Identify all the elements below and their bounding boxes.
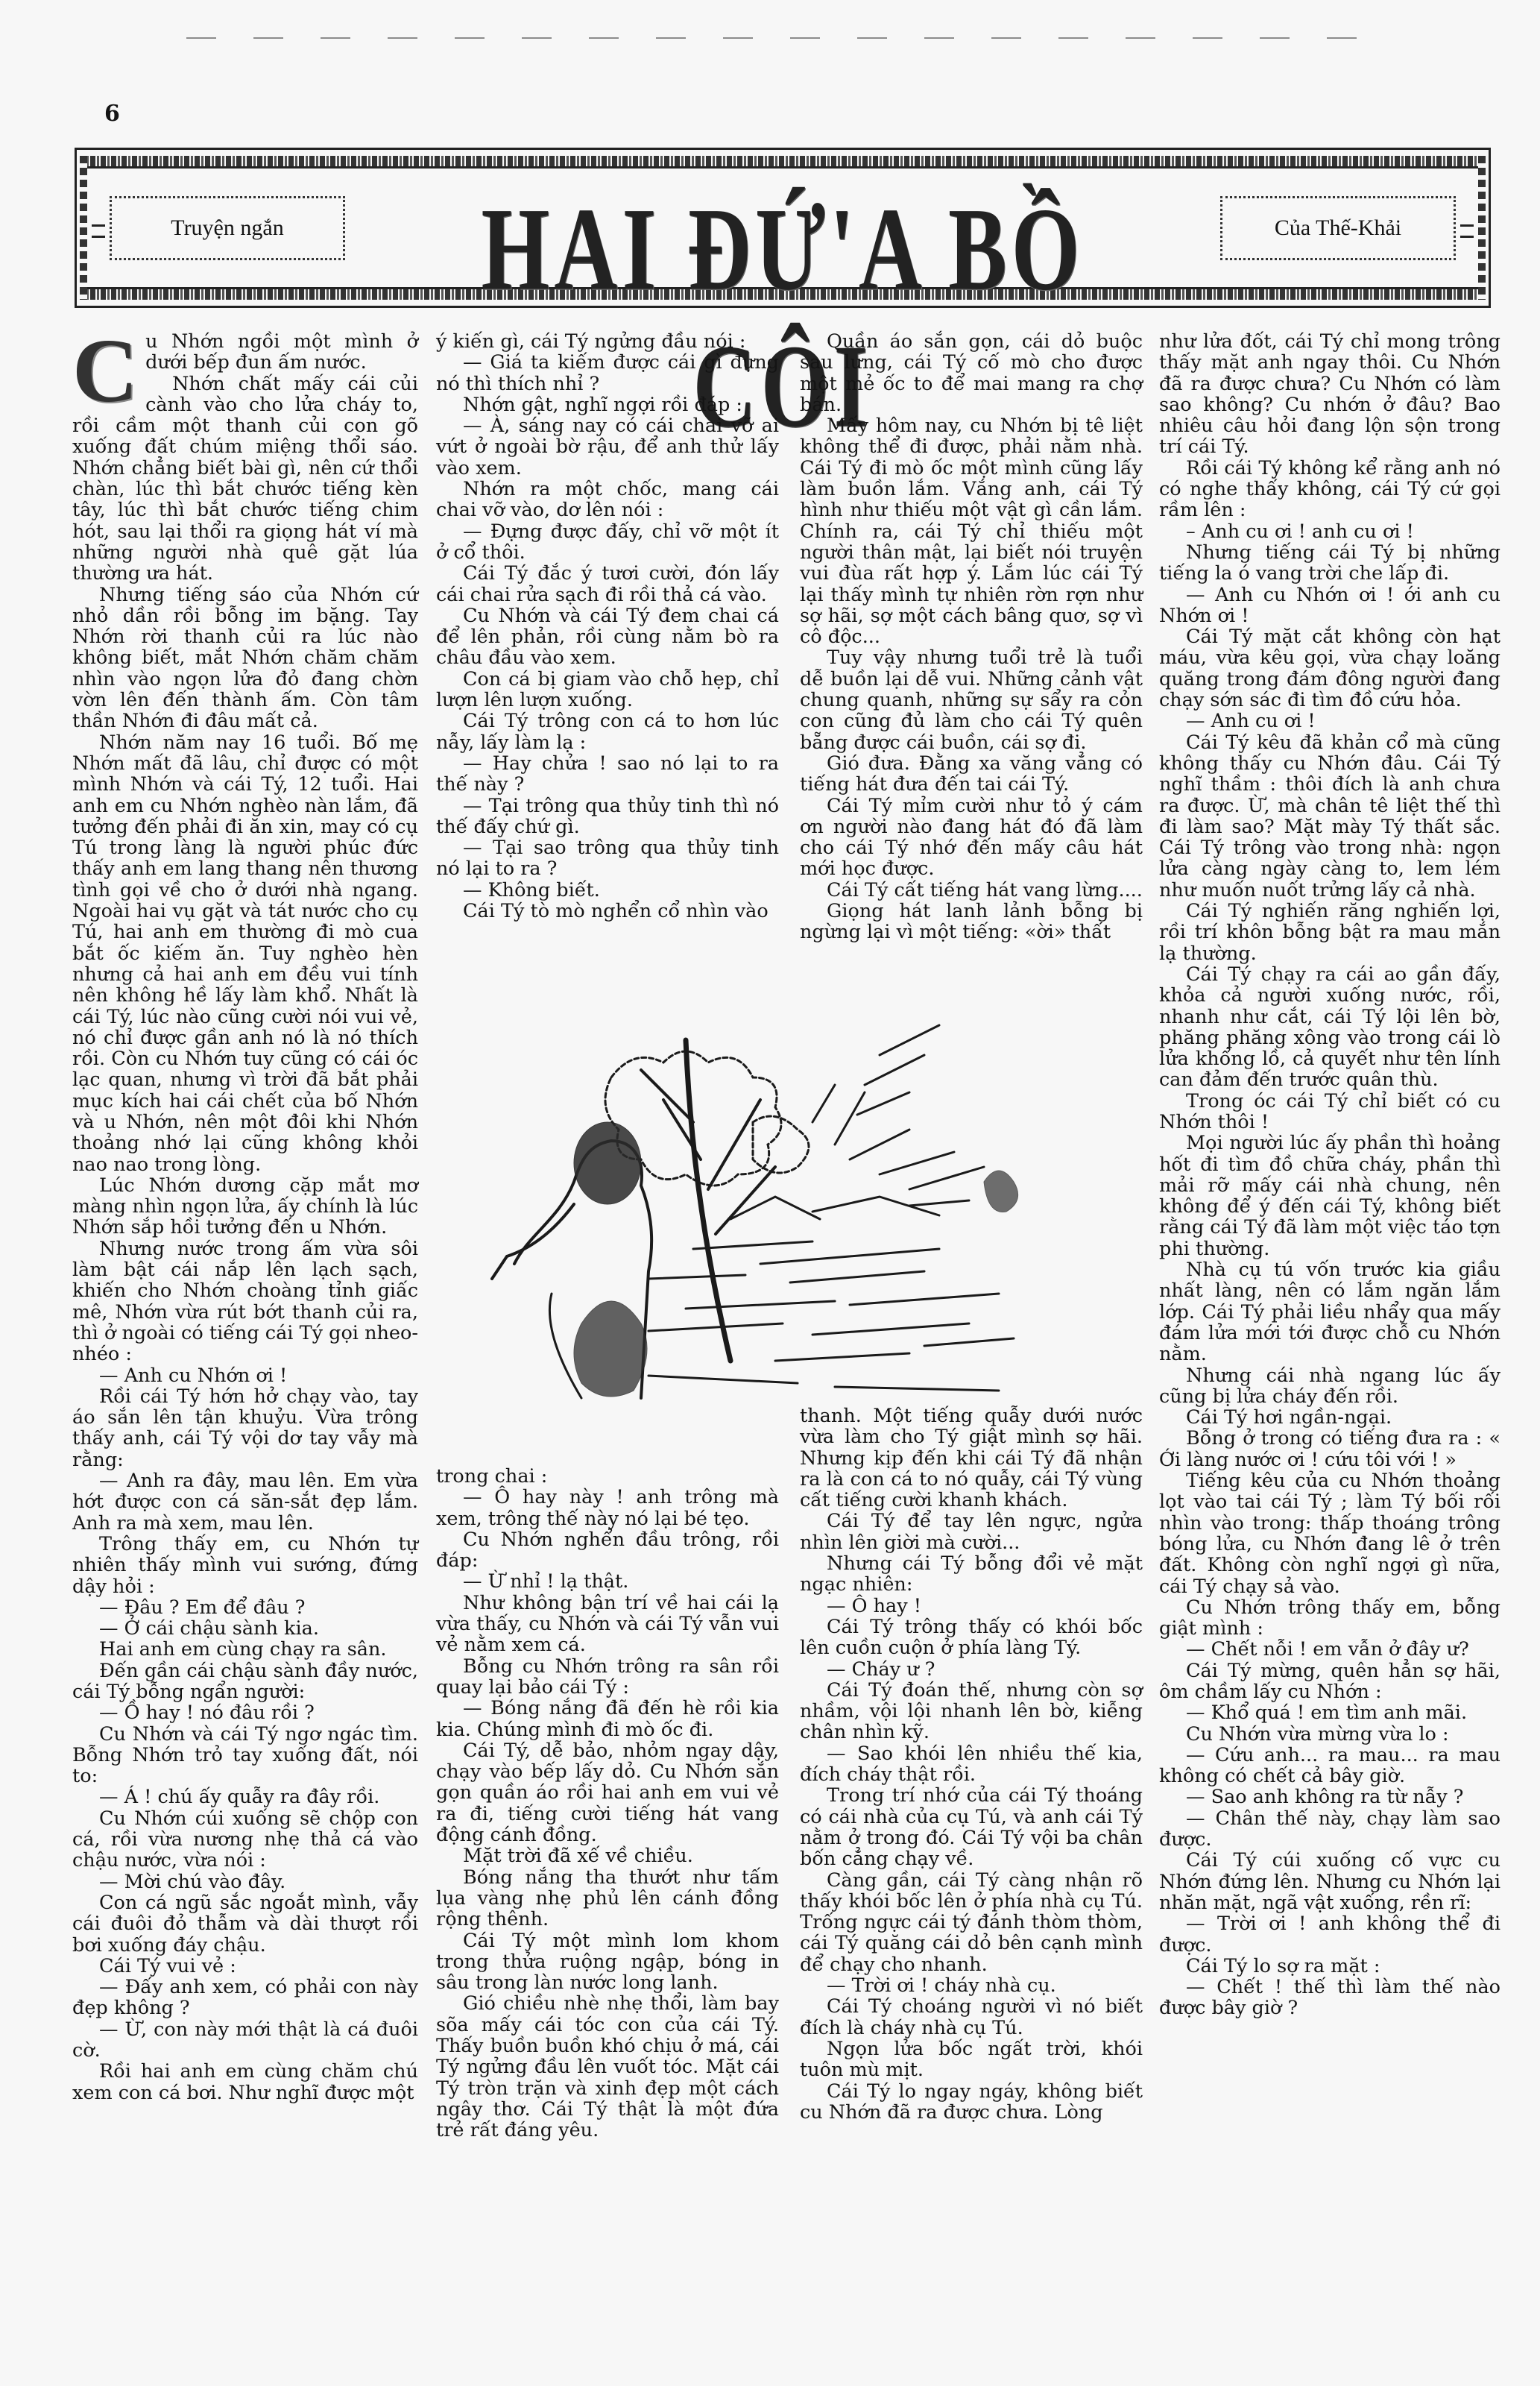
paragraph: Gió chiều nhè nhẹ thổi, làm bay sõa mấy … xyxy=(436,1993,779,2141)
paragraph: như lửa đốt, cái Tý chỉ mong trông thấy … xyxy=(1159,331,1500,458)
paragraph: — Chết nỗi ! em vẫn ở đây ư? xyxy=(1159,1639,1500,1660)
paragraph: Bỗng ở trong có tiếng đưa ra : « Ới làng… xyxy=(1159,1428,1500,1470)
paragraph: — Mời chú vào đây. xyxy=(72,1872,418,1892)
paragraph: — Anh cu Nhớn ơi ! ới anh cu Nhớn ơi ! xyxy=(1159,585,1500,627)
paragraph: Cái Tý kêu đã khản cổ mà cũng không thấy… xyxy=(1159,732,1500,901)
paragraph: — Đựng được đấy, chỉ vỡ một ít ở cổ thôi… xyxy=(436,521,779,564)
ornament-dash-left xyxy=(92,224,105,238)
paragraph: Như không bận trí về hai cái lạ vừa thấy… xyxy=(436,1593,779,1656)
paragraph: — Đâu ? Em để đâu ? xyxy=(72,1597,418,1618)
paragraph: Cu Nhớn nghển đầu trông, rồi đáp: xyxy=(436,1529,779,1572)
paragraph: — Sao khói lên nhiều thế kia, đích cháy … xyxy=(800,1743,1143,1786)
paragraph: — Sao anh không ra từ nẫy ? xyxy=(1159,1787,1500,1807)
article-column-2-top: ý kiến gì, cái Tý ngửng đầu nói :— Giá t… xyxy=(436,331,779,922)
illustration-image xyxy=(462,1010,1044,1413)
paragraph: — Trời ơi ! anh không thể đi được. xyxy=(1159,1913,1500,1956)
paragraph: Đến gần cái chậu sành đầy nước, cái Tý b… xyxy=(72,1661,418,1703)
paragraph: — Giá ta kiếm được cái gì đựng nó thì th… xyxy=(436,352,779,394)
paragraph: Nhưng cái Tý bỗng đổi vẻ mặt ngạc nhiên: xyxy=(800,1553,1143,1596)
paragraph: Càng gần, cái Tý càng nhận rõ thấy khói … xyxy=(800,1870,1143,1975)
paragraph: Trong trí nhớ của cái Tý thoáng có cái n… xyxy=(800,1785,1143,1869)
paragraph: Nhớn năm nay 16 tuổi. Bố mẹ Nhớn mất đã … xyxy=(72,732,418,1175)
paragraph: — Đấy anh xem, có phải con này đẹp không… xyxy=(72,1977,418,2019)
paragraph: Cái Tý để tay lên ngực, ngửa nhìn lên gi… xyxy=(800,1511,1143,1553)
paragraph: — Trời ơi ! cháy nhà cụ. xyxy=(800,1975,1143,1996)
paragraph: Quần áo sắn gọn, cái dỏ buộc sau lưng, c… xyxy=(800,331,1143,415)
ornamental-border-right xyxy=(1478,156,1486,300)
paragraph: Cái Tý trông thấy có khói bốc lên cuồn c… xyxy=(800,1617,1143,1659)
paragraph: Mặt trời đã xế về chiều. xyxy=(436,1845,779,1866)
paragraph: Rồi cái Tý không kể rằng anh nó có nghe … xyxy=(1159,458,1500,521)
section-label: Truyện ngắn xyxy=(110,196,345,260)
paragraph: Tiếng kêu của cu Nhớn thoảng lọt vào tai… xyxy=(1159,1470,1500,1597)
paragraph: Trông thấy em, cu Nhớn tự nhiên thấy mìn… xyxy=(72,1534,418,1597)
ornamental-border-top xyxy=(80,156,1486,169)
paragraph: Cái Tý trông con cá to hơn lúc nẫy, lấy … xyxy=(436,711,779,753)
paragraph: Bóng nắng tha thướt như tấm lụa vàng nhẹ… xyxy=(436,1867,779,1930)
paragraph: Cu Nhớn cúi xuống sẽ chộp con cá, rồi vừ… xyxy=(72,1808,418,1872)
paragraph: Mọi người lúc ấy phần thì hoảng hốt đi t… xyxy=(1159,1133,1500,1259)
paragraph: — Anh cu Nhớn ơi ! xyxy=(72,1365,418,1386)
paragraph: Cái Tý, dễ bảo, nhỏm ngay dậy, chạy vào … xyxy=(436,1740,779,1845)
paragraph: Nhớn ra một chốc, mang cái chai vỡ vào, … xyxy=(436,479,779,521)
paragraph: — Ở cái chậu sành kia. xyxy=(72,1618,418,1639)
article-column-3-bottom: thanh. Một tiếng quẫy dưới nước vừa làm … xyxy=(800,1406,1143,2123)
paragraph: Con cá bị giam vào chỗ hẹp, chỉ lượn lên… xyxy=(436,669,779,711)
paragraph: — Hay chửa ! sao nó lại to ra thế này ? xyxy=(436,753,779,796)
top-margin-rule xyxy=(186,37,1379,39)
drop-cap: C xyxy=(72,334,138,409)
paragraph: Cái Tý mừng, quên hẳn sợ hãi, ôm chầm lấ… xyxy=(1159,1661,1500,1703)
paragraph: — Không biết. xyxy=(436,880,779,901)
paragraph: — Khổ quá ! em tìm anh mãi. xyxy=(1159,1702,1500,1723)
paragraph: — Chân thế này, chạy làm sao được. xyxy=(1159,1808,1500,1851)
paragraph: Cái Tý một mình lom khom trong thửa ruộn… xyxy=(436,1930,779,1994)
paragraph: — Cháy ư ? xyxy=(800,1659,1143,1680)
paragraph: Cu Nhớn ngồi một mình ở dưới bếp đun ấm … xyxy=(72,331,418,374)
ornamental-border-left xyxy=(80,156,87,300)
paragraph: — Ô hay này ! anh trông mà xem, trông th… xyxy=(436,1487,779,1529)
article-column-3-top: Quần áo sắn gọn, cái dỏ buộc sau lưng, c… xyxy=(800,331,1143,943)
paragraph: ý kiến gì, cái Tý ngửng đầu nói : xyxy=(436,331,779,352)
paragraph: Cái Tý choáng người vì nó biết đích là c… xyxy=(800,1996,1143,2039)
paragraph: Cái Tý mỉm cười như tỏ ý cám ơn người nà… xyxy=(800,796,1143,880)
paragraph: Cái Tý lo ngay ngáy, không biết cu Nhớn … xyxy=(800,2081,1143,2124)
paragraph: Cái Tý đoán thế, nhưng còn sợ nhầm, vội … xyxy=(800,1680,1143,1743)
paragraph: Cái Tý cúi xuống cố vực cu Nhớn đứng lên… xyxy=(1159,1850,1500,1913)
paragraph: Mấy hôm nay, cu Nhớn bị tê liệt không th… xyxy=(800,415,1143,647)
paragraph: Gió đưa. Đằng xa văng vẳng có tiếng hát … xyxy=(800,753,1143,796)
paragraph: Bỗng cu Nhớn trông ra sân rồi quay lại b… xyxy=(436,1656,779,1699)
paragraph: – Anh cu ơi ! anh cu ơi ! xyxy=(1159,521,1500,542)
paragraph: Cái Tý mặt cắt không còn hạt máu, vừa kê… xyxy=(1159,626,1500,711)
paragraph: — Ừ, con này mới thật là cá đuôi cờ. xyxy=(72,2019,418,2062)
paragraph: Nhớn gật, nghĩ ngợi rồi đáp : xyxy=(436,394,779,415)
paragraph: — Cứu anh... ra mau... ra mau không có c… xyxy=(1159,1745,1500,1787)
paragraph: Cái Tý tò mò nghển cổ nhìn vào xyxy=(436,901,779,922)
paragraph: Nhưng tiếng cái Tý bị những tiếng la ó v… xyxy=(1159,542,1500,585)
paragraph: Ngọn lửa bốc ngất trời, khói tuôn mù mịt… xyxy=(800,2039,1143,2081)
title-banner: Truyện ngắn HAI ĐỨ'A BỒ CÔI Của Thế-Khải xyxy=(75,148,1491,308)
paragraph: Rồi hai anh em cùng chăm chú xem con cá … xyxy=(72,2061,418,2103)
paragraph: Con cá ngũ sắc ngoắt mình, vẫy cái đuôi … xyxy=(72,1892,418,1956)
paragraph: Cu Nhớn vừa mừng vừa lo : xyxy=(1159,1724,1500,1745)
paragraph: Nhưng cái nhà ngang lúc ấy cũng bị lửa c… xyxy=(1159,1365,1500,1408)
ornament-dash-right xyxy=(1460,224,1474,238)
paragraph: — Tại sao trông qua thủy tinh nó lại to … xyxy=(436,837,779,880)
paragraph: — Anh ra đây, mau lên. Em vừa hớt được c… xyxy=(72,1470,418,1534)
paragraph: — Ồ hay ! nó đâu rồi ? xyxy=(72,1702,418,1723)
paragraph: Cái Tý cất tiếng hát vang lừng.... xyxy=(800,880,1143,901)
paragraph: Cái Tý chạy ra cái ao gần đấy, khỏa cả n… xyxy=(1159,964,1500,1091)
article-column-4: như lửa đốt, cái Tý chỉ mong trông thấy … xyxy=(1159,331,1500,2019)
paragraph: Cái Tý lo sợ ra mặt : xyxy=(1159,1956,1500,1977)
paragraph: — Tại trông qua thủy tinh thì nó thế đấy… xyxy=(436,796,779,838)
paragraph: — À, sáng nay có cái chai vỡ ai vứt ở ng… xyxy=(436,415,779,479)
paragraph: Cái Tý vui vẻ : xyxy=(72,1956,418,1977)
paragraph: Rồi cái Tý hớn hở chạy vào, tay áo sắn l… xyxy=(72,1386,418,1470)
byline: Của Thế-Khải xyxy=(1220,196,1456,260)
paragraph: — Ô hay ! xyxy=(800,1596,1143,1617)
paragraph: Cu Nhớn và cái Tý ngơ ngác tìm. Bỗng Nhớ… xyxy=(72,1724,418,1787)
paragraph: — Ừ nhỉ ! lạ thật. xyxy=(436,1571,779,1592)
paragraph: Giọng hát lanh lảnh bỗng bị ngừng lại vì… xyxy=(800,901,1143,943)
paragraph: thanh. Một tiếng quẫy dưới nước vừa làm … xyxy=(800,1406,1143,1511)
paragraph: — Chết ! thế thì làm thế nào được bây gi… xyxy=(1159,1977,1500,2019)
paragraph: Cu Nhớn trông thấy em, bỗng giật mình : xyxy=(1159,1597,1500,1640)
paragraph: — Á ! chú ấy quẫy ra đây rồi. xyxy=(72,1787,418,1807)
paragraph: Nhà cụ tú vốn trước kia giầu nhất làng, … xyxy=(1159,1259,1500,1364)
article-column-1: Cu Nhớn ngồi một mình ở dưới bếp đun ấm … xyxy=(72,331,418,2103)
paragraph: Cu Nhớn và cái Tý đem chai cá để lên phả… xyxy=(436,605,779,669)
paragraph: Cái Tý hơi ngần-ngại. xyxy=(1159,1407,1500,1428)
paragraph: Hai anh em cùng chạy ra sân. xyxy=(72,1639,418,1660)
paragraph: Tuy vậy nhưng tuổi trẻ là tuổi dễ buồn l… xyxy=(800,647,1143,752)
paragraph: Cái Tý đắc ý tươi cười, đón lấy cái chai… xyxy=(436,563,779,605)
page-number: 6 xyxy=(104,101,120,127)
paragraph: Nhưng tiếng sáo của Nhớn cứ nhỏ dần rồi … xyxy=(72,585,418,732)
paragraph: Cái Tý nghiến răng nghiến lợi, rồi trí k… xyxy=(1159,901,1500,964)
paragraph: — Bóng nắng đã đến hè rồi kia kia. Chúng… xyxy=(436,1698,779,1740)
article-column-2-bottom: trong chai :— Ô hay này ! anh trông mà x… xyxy=(436,1466,779,2141)
paragraph: Nhưng nước trong ấm vừa sôi làm bật cái … xyxy=(72,1238,418,1365)
paragraph: Trong óc cái Tý chỉ biết có cu Nhớn thôi… xyxy=(1159,1091,1500,1133)
paragraph: — Anh cu ơi ! xyxy=(1159,711,1500,731)
paragraph: trong chai : xyxy=(436,1466,779,1487)
paragraph: Lúc Nhớn dương cặp mắt mơ màng nhìn ngọn… xyxy=(72,1175,418,1238)
